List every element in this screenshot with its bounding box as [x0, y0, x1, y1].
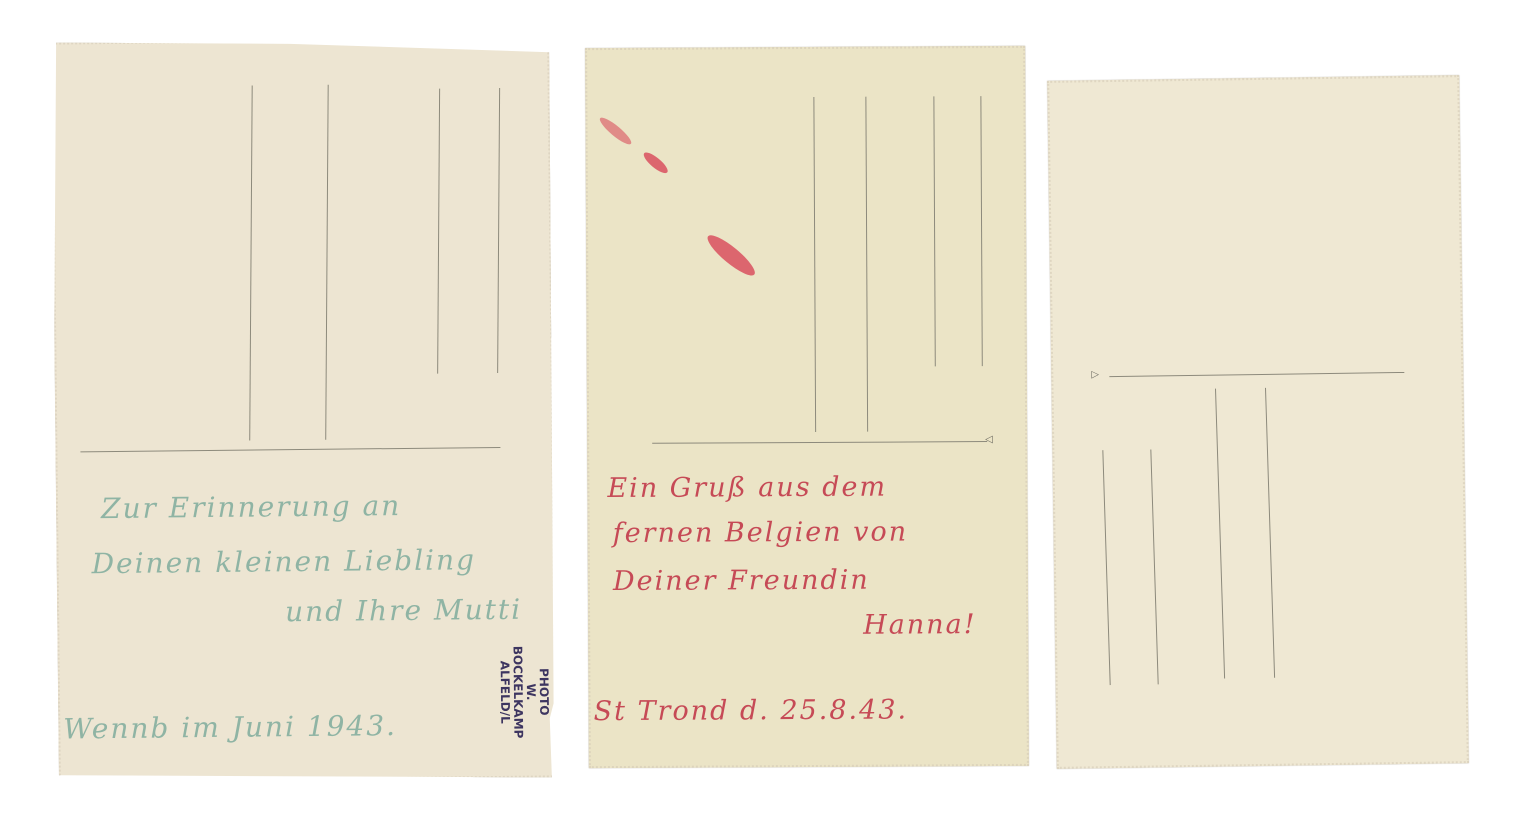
address-line [1150, 450, 1158, 685]
red-smudge [641, 149, 670, 176]
address-line [933, 96, 935, 366]
message-line-1: Ein Gruß aus dem [607, 472, 887, 504]
message-line-2: fernen Belgien von [613, 516, 909, 549]
dateline: St Trond d. 25.8.43. [594, 694, 909, 727]
message-line-1: Zur Erinnerung an [101, 489, 402, 525]
divider-line [652, 441, 987, 444]
stamp-line-3: ALFELD/L [497, 646, 511, 739]
address-line [325, 85, 328, 440]
postcard-middle: ◁ Ein Gruß aus dem fernen Belgien von De… [585, 46, 1029, 768]
stamp-line-1: PHOTO [536, 645, 550, 738]
red-smudge [703, 230, 759, 281]
postcard-right: ▷ [1047, 75, 1469, 769]
dateline: Wennb im Juni 1943. [63, 709, 397, 745]
stamp-line-2: W. BOCKELKAMP [510, 646, 537, 739]
triangle-marker-icon: ◁ [985, 435, 993, 445]
torn-corner [551, 703, 563, 743]
message-line-4: Hanna! [863, 609, 977, 641]
address-line [249, 86, 252, 441]
message-line-3: Deiner Freundin [613, 565, 870, 597]
address-line [1215, 389, 1225, 679]
address-line [813, 97, 816, 432]
address-line [437, 89, 440, 374]
divider-line [1109, 372, 1404, 377]
divider-line [80, 447, 500, 452]
address-line [1265, 388, 1275, 678]
red-smudge [597, 114, 634, 147]
address-line [980, 96, 982, 366]
photographer-stamp: PHOTO W. BOCKELKAMP ALFELD/L [497, 645, 550, 738]
address-line [497, 88, 500, 373]
triangle-marker-icon: ▷ [1091, 370, 1099, 380]
postcard-left: Zur Erinnerung an Deinen kleinen Lieblin… [51, 37, 557, 782]
message-line-2: Deinen kleinen Liebling [91, 543, 476, 580]
address-line [1102, 450, 1110, 685]
message-line-3: und Ihre Mutti [285, 593, 522, 628]
address-line [865, 97, 868, 432]
